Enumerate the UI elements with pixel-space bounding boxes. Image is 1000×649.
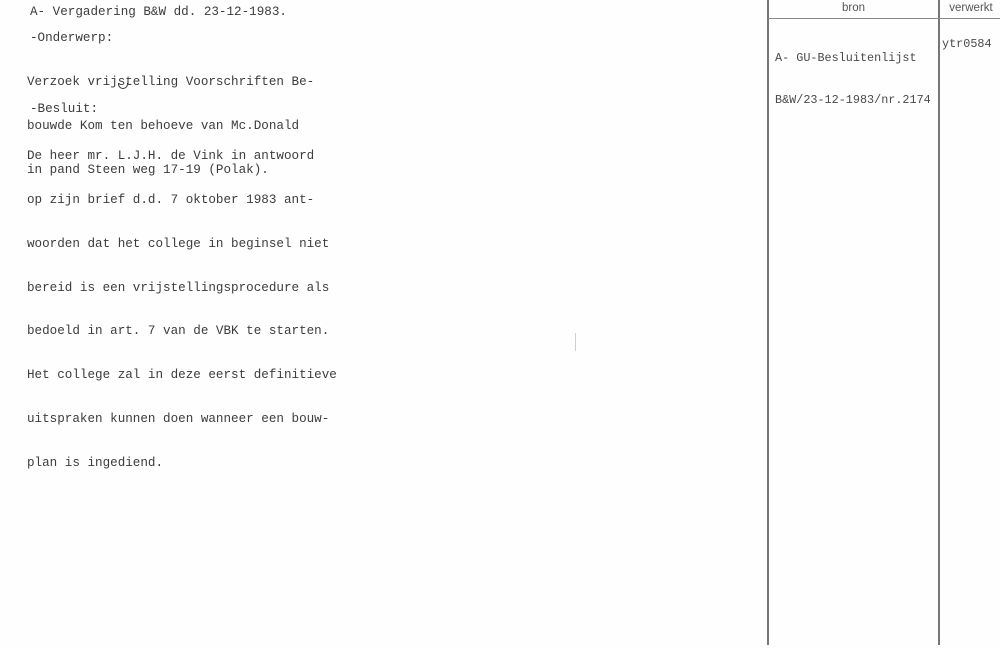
scanned-document-page: A- Vergadering B&W dd. 23-12-1983. -Onde… [0,0,1000,649]
table-cell-verwerkt: ytr0584 [942,37,992,51]
meeting-heading: A- Vergadering B&W dd. 23-12-1983. [30,5,287,20]
bron-line: A- GU-Besluitenlijst [775,51,931,65]
decision-line: uitspraken kunnen doen wanneer een bouw- [27,412,337,427]
decision-line: Het college zal in deze eerst definitiev… [27,368,337,383]
decision-line: op zijn brief d.d. 7 oktober 1983 ant- [27,193,337,208]
table-column-divider [938,0,940,645]
bron-line: B&W/23-12-1983/nr.2174 [775,93,931,107]
decision-line: De heer mr. L.J.H. de Vink in antwoord [27,149,337,164]
table-cell-bron: A- GU-Besluitenlijst B&W/23-12-1983/nr.2… [775,23,931,135]
subject-line: Verzoek vrijstelling Voorschriften Be- [27,75,314,90]
decision-line: woorden dat het college in beginsel niet [27,237,337,252]
subject-label: -Onderwerp: [30,31,113,46]
decision-label: -Besluit: [30,102,98,117]
column-header-verwerkt: verwerkt [940,2,1000,14]
scan-artifact [575,333,576,351]
column-header-bron: bron [769,2,938,14]
table-header-separator [768,18,1000,19]
decision-line: bedoeld in art. 7 van de VBK te starten. [27,324,337,339]
decision-line: bereid is een vrijstellingsprocedure als [27,281,337,296]
decision-text: De heer mr. L.J.H. de Vink in antwoord o… [27,120,337,499]
decision-line: plan is ingediend. [27,456,337,471]
table-left-border [767,0,769,645]
